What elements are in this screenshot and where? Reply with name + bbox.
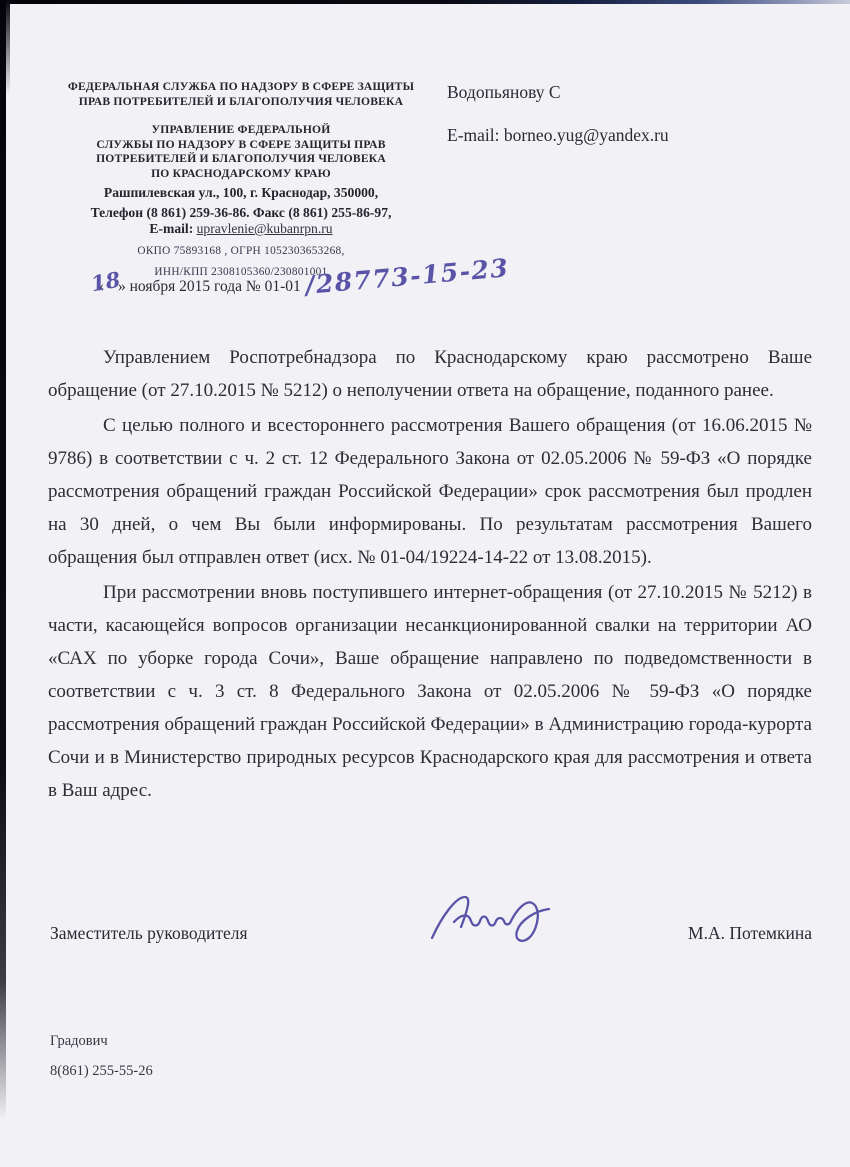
- letterhead-org-name-line: ПО КРАСНОДАРСКОМУ КРАЮ: [42, 167, 440, 182]
- executor-block: Градович 8(861) 255-55-26: [50, 1033, 153, 1093]
- scanned-letter-page: ФЕДЕРАЛЬНАЯ СЛУЖБА ПО НАДЗОРУ В СФЕРЕ ЗА…: [0, 0, 850, 1167]
- letterhead-okpo-ogrn: ОКПО 75893168 , ОГРН 1052303653268,: [42, 245, 440, 258]
- letterhead-org-top-line: ПРАВ ПОТРЕБИТЕЛЕЙ И БЛАГОПОЛУЧИЯ ЧЕЛОВЕК…: [42, 95, 440, 110]
- date-printed: ноября 2015 года № 01-01: [126, 278, 301, 295]
- paragraph: С целью полного и всестороннего рассмотр…: [48, 409, 812, 574]
- executor-phone: 8(861) 255-55-26: [50, 1063, 153, 1080]
- letterhead-org-name-line: СЛУЖБЫ ПО НАДЗОРУ В СФЕРЕ ЗАЩИТЫ ПРАВ: [42, 138, 440, 153]
- recipient-block: Водопьянову С E-mail: borneo.yug@yandex.…: [447, 82, 669, 168]
- date-number-line: «18» ноября 2015 года № 01-01/28773-15-2…: [96, 268, 509, 297]
- scan-edge-left: [0, 0, 6, 1167]
- paragraph: Управлением Роспотребнадзора по Краснода…: [48, 341, 812, 407]
- letterhead-address: Рашпилевская ул., 100, г. Краснодар, 350…: [42, 185, 440, 201]
- letterhead-org-name-line: УПРАВЛЕНИЕ ФЕДЕРАЛЬНОЙ: [42, 123, 440, 138]
- paragraph: При рассмотрении вновь поступившего инте…: [48, 576, 812, 807]
- letterhead-email-line: E-mail: upravlenie@kubanrpn.ru: [42, 221, 440, 237]
- executor-name: Градович: [50, 1033, 153, 1050]
- letterhead: ФЕДЕРАЛЬНАЯ СЛУЖБА ПО НАДЗОРУ В СФЕРЕ ЗА…: [42, 80, 440, 279]
- letterhead-email-label: E-mail:: [149, 221, 193, 236]
- scan-edge-left-corner: [6, 0, 10, 95]
- signer-title: Заместитель руководителя: [50, 923, 248, 944]
- scan-edge-top: [0, 0, 850, 4]
- letterhead-org-top-line: ФЕДЕРАЛЬНАЯ СЛУЖБА ПО НАДЗОРУ В СФЕРЕ ЗА…: [42, 80, 440, 95]
- letterhead-phone-fax: Телефон (8 861) 259-36-86. Факс (8 861) …: [42, 205, 440, 221]
- signer-name: М.А. Потемкина: [688, 923, 812, 944]
- recipient-name: Водопьянову С: [447, 82, 669, 103]
- letter-body: Управлением Роспотребнадзора по Краснода…: [48, 341, 812, 809]
- letterhead-email-address: upravlenie@kubanrpn.ru: [197, 221, 333, 236]
- recipient-email: E-mail: borneo.yug@yandex.ru: [447, 125, 669, 146]
- handwritten-day: 18: [89, 267, 122, 297]
- signature-scribble-icon: [418, 882, 568, 950]
- letterhead-org-name-line: ПОТРЕБИТЕЛЕЙ И БЛАГОПОЛУЧИЯ ЧЕЛОВЕКА: [42, 152, 440, 167]
- letterhead-gap: [42, 109, 440, 123]
